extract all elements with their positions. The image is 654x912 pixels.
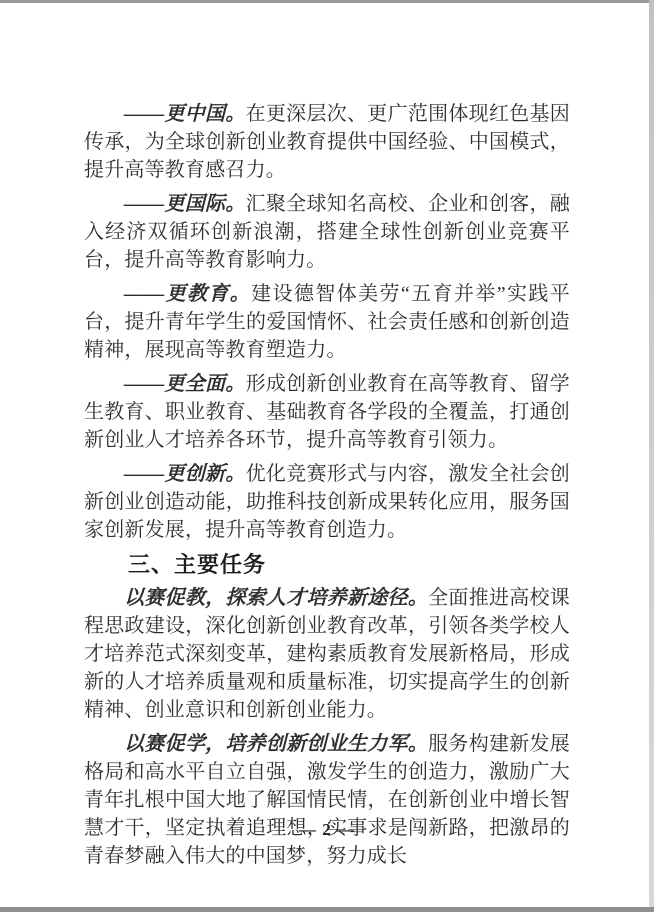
paragraph-lead: 以赛促教，探索人才培养新途径。 <box>124 587 428 609</box>
paragraph-yisai-cuxue: 以赛促学，培养创新创业生力军。服务构建新发展格局和高水平自立自强，激发学生的创造… <box>84 730 570 870</box>
section-heading-main-tasks: 三、主要任务 <box>84 550 570 580</box>
scan-edge-bottom <box>0 907 654 912</box>
paragraph-lead: ——更全面。 <box>124 373 246 395</box>
paragraph-geng-chuangxin: ——更创新。优化竞赛形式与内容，激发全社会创新创业创造动能，助推科技创新成果转化… <box>84 460 570 544</box>
page-number: — 2 — <box>0 820 654 840</box>
paragraph-lead: ——更国际。 <box>124 193 246 215</box>
paragraph-geng-guoji: ——更国际。汇聚全球知名高校、企业和创客，融入经济双循环创新浪潮，搭建全球性创新… <box>84 190 570 274</box>
document-body: ——更中国。在更深层次、更广范围体现红色基因传承，为全球创新创业教育提供中国经验… <box>0 0 654 876</box>
paragraph-lead: ——更教育。 <box>124 283 251 305</box>
paragraph-lead: ——更中国。 <box>124 103 246 125</box>
document-page: ——更中国。在更深层次、更广范围体现红色基因传承，为全球创新创业教育提供中国经验… <box>0 0 654 912</box>
paragraph-lead: ——更创新。 <box>124 463 246 485</box>
paragraph-lead: 以赛促学，培养创新创业生力军。 <box>124 733 428 755</box>
paragraph-geng-zhongguo: ——更中国。在更深层次、更广范围体现红色基因传承，为全球创新创业教育提供中国经验… <box>84 100 570 184</box>
paragraph-yisai-cujiao: 以赛促教，探索人才培养新途径。全面推进高校课程思政建设，深化创新创业教育改革，引… <box>84 584 570 724</box>
paragraph-geng-quanmian: ——更全面。形成创新创业教育在高等教育、留学生教育、职业教育、基础教育各学段的全… <box>84 370 570 454</box>
paragraph-geng-jiaoyu: ——更教育。建设德智体美劳“五育并举”实践平台，提升青年学生的爱国情怀、社会责任… <box>84 280 570 364</box>
